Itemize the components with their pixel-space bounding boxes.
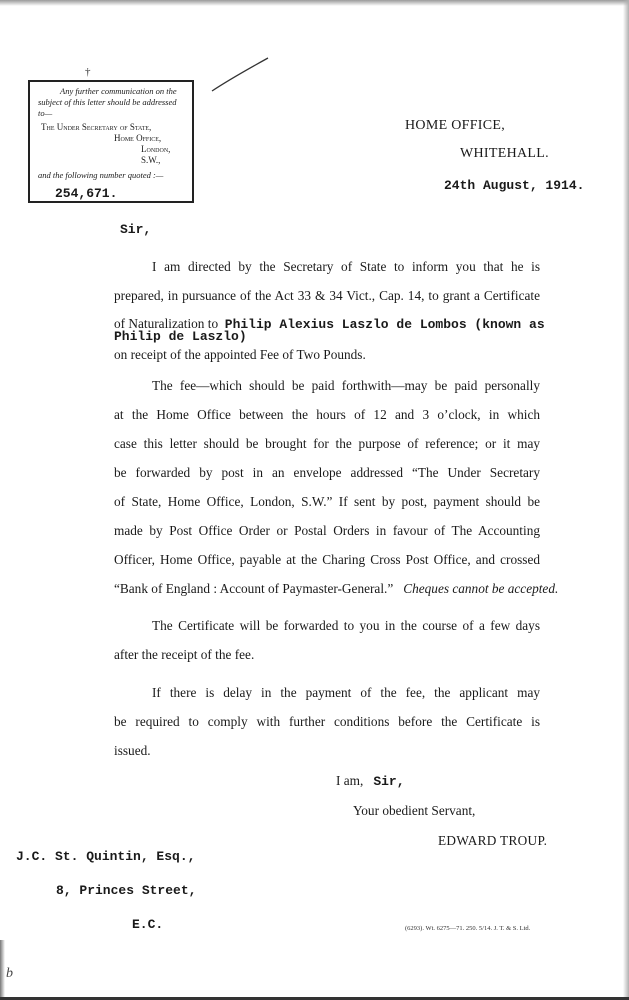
cheques-notice: Cheques cannot be accepted. [403, 581, 558, 596]
margin-tick-mark: † [85, 66, 91, 78]
recipient-name: J.C. St. Quintin, Esq., [16, 849, 195, 864]
pen-stroke-mark [210, 55, 270, 95]
recipient-street: 8, Princes Street, [56, 883, 196, 898]
paragraph-2: The fee—which should be paid forthwith—m… [114, 371, 540, 603]
closing-servant: Your obedient Servant, [353, 803, 475, 819]
reference-instruction: Any further communication on the subject… [38, 86, 184, 119]
closing-i-am: I am, Sir, [336, 773, 405, 789]
sender-line-2: WHITEHALL. [460, 146, 549, 162]
closing-sir: Sir, [373, 774, 404, 789]
paragraph-3: The Certificate will be forwarded to you… [114, 611, 540, 669]
scan-edge-right [623, 0, 629, 1000]
paragraph-1: I am directed by the Secretary of State … [114, 252, 540, 366]
sender-line-1: HOME OFFICE, [405, 118, 505, 134]
signatory: EDWARD TROUP. [438, 833, 547, 849]
paragraph-4: If there is delay in the payment of the … [114, 678, 540, 765]
recipient-district: E.C. [132, 917, 163, 932]
reference-number: 254,671. [38, 188, 184, 199]
scan-edge-left [0, 940, 5, 1000]
salutation: Sir, [120, 222, 151, 237]
quote-instruction: and the following number quoted :— [38, 170, 184, 181]
reference-box: Any further communication on the subject… [28, 80, 194, 203]
corner-pencil-mark: b [6, 966, 13, 982]
sender-address: HOME OFFICE, WHITEHALL. [405, 118, 505, 134]
letter-date: 24th August, 1914. [444, 178, 584, 193]
scan-edge-top [0, 0, 629, 6]
printer-imprint: (6293). Wt. 6275—71. 250. 5/14. J. T. & … [405, 925, 530, 932]
reference-addressee: The Under Secretary of State, Home Offic… [38, 122, 184, 166]
applicant-name: Philip Alexius Laszlo de Lombos (known a… [225, 317, 545, 332]
